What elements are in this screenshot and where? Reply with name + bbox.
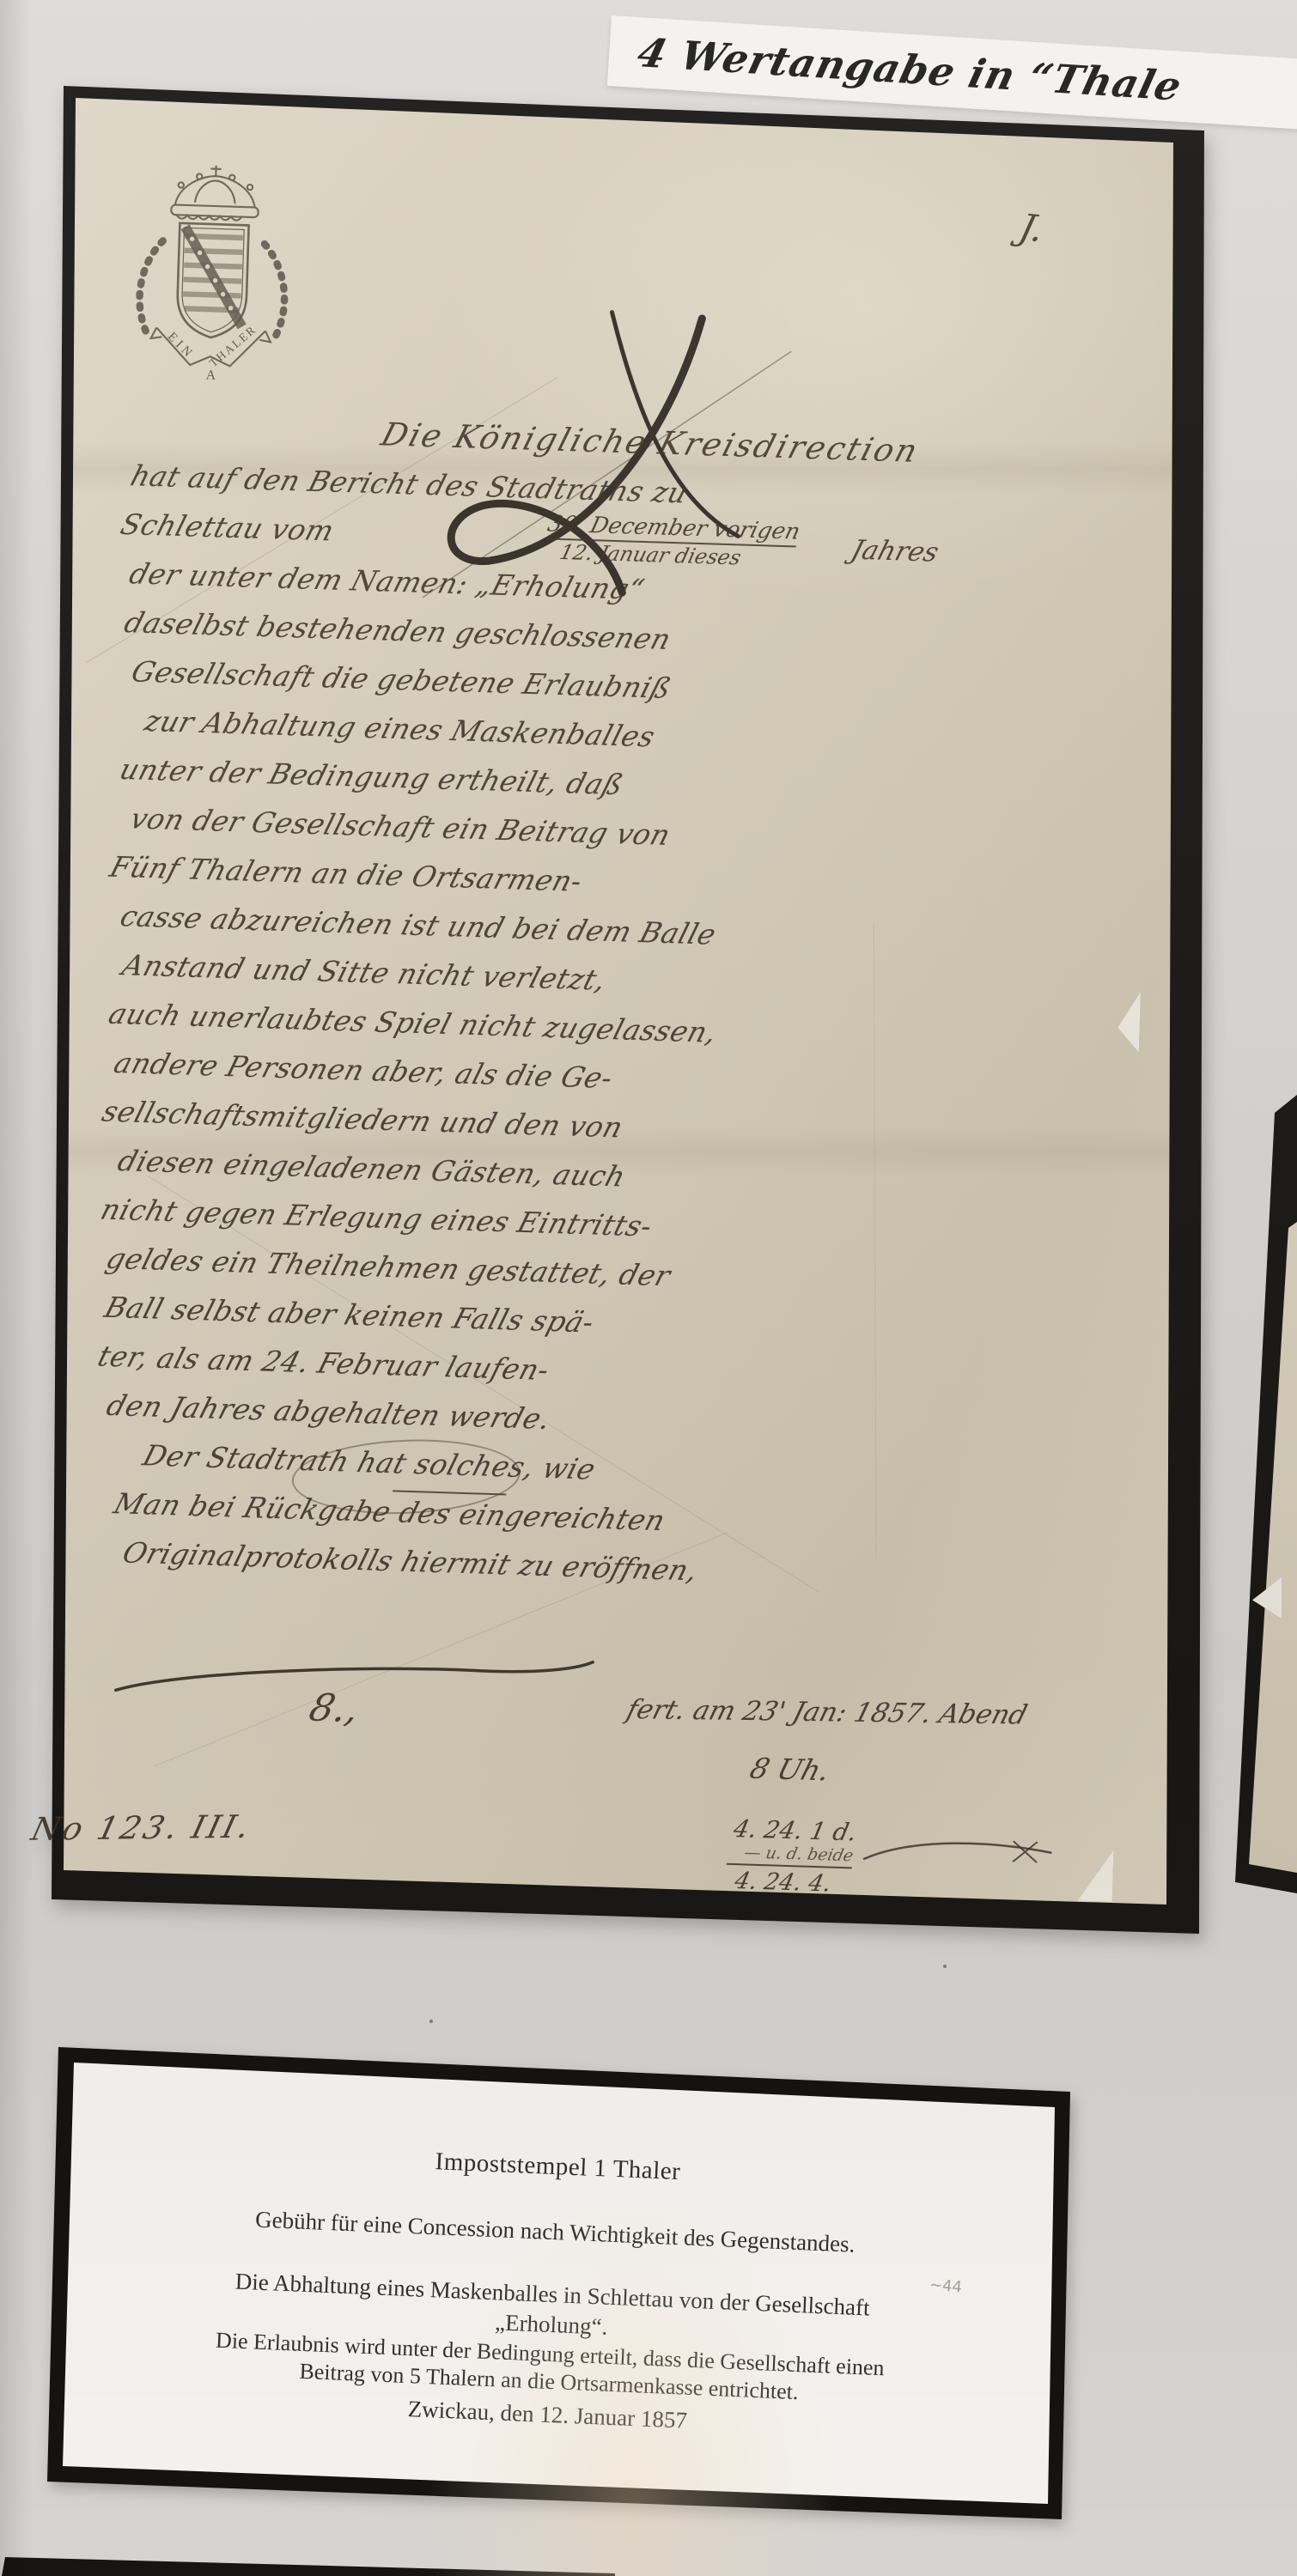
file-number: No 123. III.	[27, 1808, 255, 1848]
framed-document: EIN THALER A J. Die Königliche Kreisdire…	[52, 82, 1213, 1942]
fee-line-top: 4. 24. 1 d.	[731, 1814, 862, 1846]
fee-swash	[860, 1830, 1058, 1875]
fee-line-bottom: 4. 24. 4.	[721, 1863, 852, 1898]
stamp-motto-left: EIN	[165, 330, 197, 362]
adjacent-framed-document	[1203, 1086, 1297, 1898]
date-alternatives: 30. December vorigen 12. Januar dieses	[539, 512, 803, 572]
caption-title: Impoststempel 1 Thaler	[81, 2133, 1034, 2201]
caption-fee-line: Gebühr für eine Concession nach Wichtigk…	[78, 2199, 1032, 2265]
handwritten-text-block: Die Königliche Kreisdirectionhat auf den…	[82, 402, 1115, 1607]
caption-text: Impoststempel 1 Thaler Gebühr für eine C…	[70, 2085, 1037, 2448]
next-frame-fragment	[0, 2550, 618, 2576]
page-mark: J.	[1015, 206, 1048, 250]
dust-speck	[429, 2020, 433, 2023]
dispatch-date: fert. am 23' Jan: 1857. Abend	[624, 1694, 1031, 1730]
fee-line-middle: — u. d. beide	[742, 1843, 856, 1865]
fee-tally: 4. 24. 1 d. — u. d. beide 4. 24. 4.	[721, 1814, 862, 1898]
document-content: EIN THALER A J. Die Königliche Kreisdire…	[21, 100, 1166, 1936]
album-page-photo: 4 Wertangabe in “Thale	[0, 0, 1297, 2576]
coat-of-arms-icon: EIN THALER A	[119, 156, 308, 389]
dispatch-time: 8 Uh.	[746, 1752, 834, 1788]
section-number: 8.,	[305, 1686, 363, 1731]
date-suffix: Jahres	[848, 535, 942, 568]
pencil-mark: ∼44	[929, 2275, 963, 2296]
impost-stamp: EIN THALER A	[119, 156, 308, 389]
caption-card: Impoststempel 1 Thaler Gebühr für eine C…	[43, 2042, 1078, 2524]
paper-tear	[1115, 992, 1141, 1053]
stamp-mint-mark: A	[206, 368, 217, 382]
paper-tear	[1078, 1850, 1114, 1902]
dust-speck	[943, 1965, 947, 1968]
